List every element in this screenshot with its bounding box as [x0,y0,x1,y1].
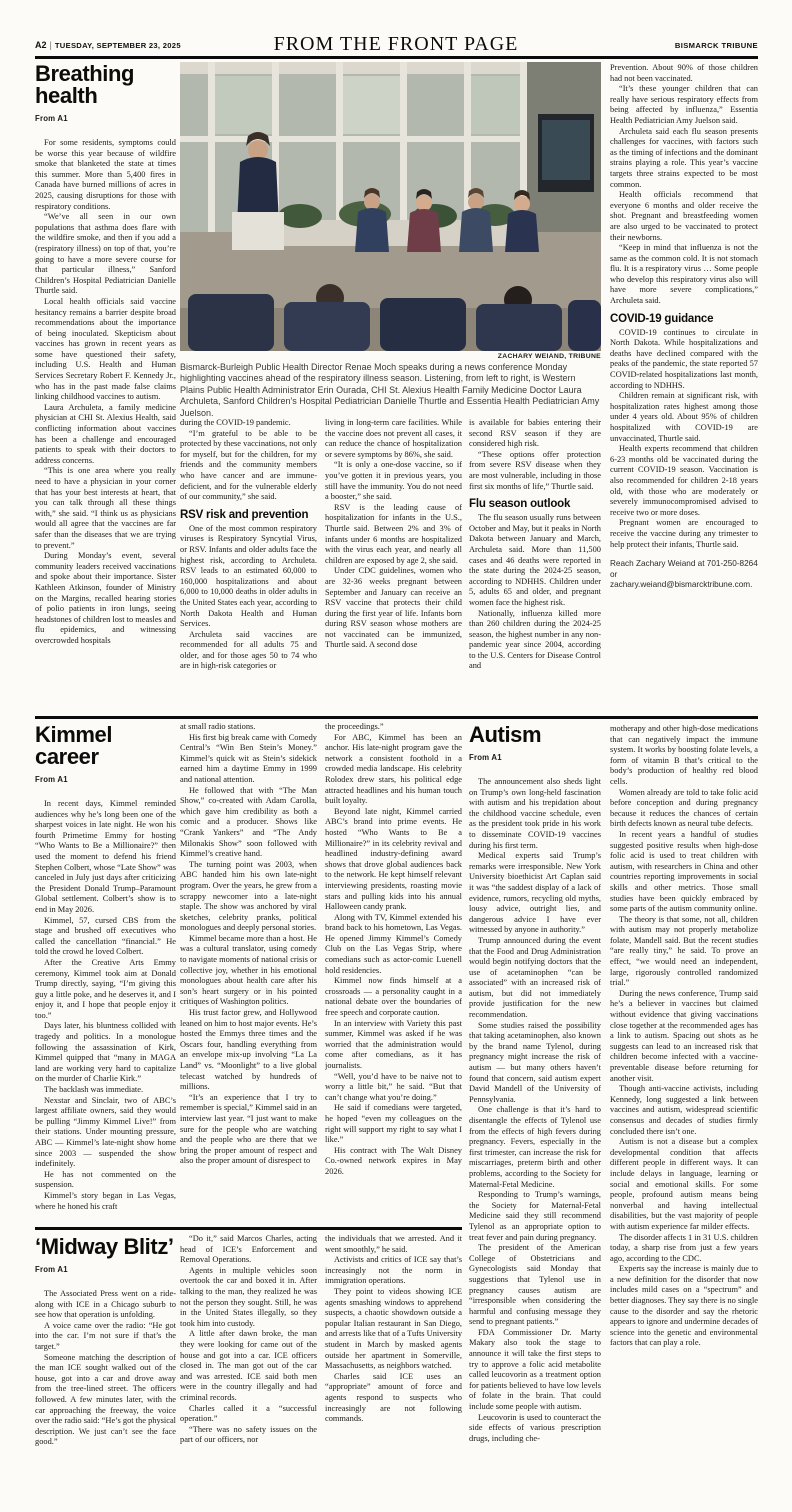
article-paragraph: In recent years a handful of studies sug… [610,830,758,915]
article-paragraph: The turning point was 2003, when ABC han… [180,860,317,934]
article-kimmel-col3: the proceedings.”For ABC, Kimmel has bee… [325,722,462,1224]
article-paragraph: A voice came over the radio: “He got int… [35,1321,176,1353]
article-text: For some residents, symptoms could be wo… [35,138,176,647]
article-paragraph: Under CDC guidelines, women who are 32-3… [325,566,462,651]
article-paragraph: Prevention. About 90% of those children … [610,63,758,84]
article-paragraph: “Keep in mind that influenza is not the … [610,243,758,307]
article-paragraph: “There was no safety issues on the part … [180,1425,317,1446]
article-paragraph: “Do it,” said Marcos Charles, acting hea… [180,1234,317,1266]
article-paragraph: After the Creative Arts Emmy ceremony, K… [35,958,176,1022]
page-number: A2 [35,40,47,50]
article-paragraph: Leucovorin is used to counteract the sid… [469,1413,601,1445]
article-paragraph: Children remain at significant risk, wit… [610,391,758,444]
article-paragraph: living in long-term care facilities. Whi… [325,418,462,460]
article-paragraph: Women already are told to take folic aci… [610,788,758,830]
from-a1-tag: From A1 [469,753,601,762]
article-paragraph: For ABC, Kimmel has been an anchor. His … [325,733,462,807]
article-paragraph: is available for babies entering their s… [469,418,601,450]
newspaper-page: A2|TUESDAY, SEPTEMBER 23, 2025 FROM THE … [0,0,792,1512]
article-paragraph: the proceedings.” [325,722,462,733]
from-a1-tag: From A1 [35,1265,176,1274]
article-paragraph: at small radio stations. [180,722,317,733]
article-kimmel-col2: at small radio stations.His first big br… [180,722,317,1224]
article-paragraph: They point to videos showing ICE agents … [325,1287,462,1372]
folio-divider: | [47,40,55,50]
article-text: is available for babies entering their s… [469,418,601,672]
article-breathing-health-col1: Breathing health From A1 For some reside… [35,63,176,715]
article-autism-col2: motherapy and other high-dose medication… [610,724,758,1510]
article-paragraph: COVID-19 continues to circulate in North… [610,328,758,392]
article-headline: Kimmel career [35,724,176,768]
article-paragraph: Someone matching the description of the … [35,1353,176,1448]
article-midway-col1: ‘Midway Blitz’ From A1 The Associated Pr… [35,1236,176,1512]
article-paragraph: His contract with The Walt Disney Co.-ow… [325,1146,462,1178]
news-conference-photo [180,62,601,351]
article-paragraph: Pregnant women are encouraged to receive… [610,518,758,550]
article-text: the proceedings.”For ABC, Kimmel has bee… [325,722,462,1178]
article-paragraph: Local health officials said vaccine hesi… [35,297,176,403]
article-text: The Associated Press went on a ride-alon… [35,1289,176,1448]
article-breathing-health-col3: living in long-term care facilities. Whi… [325,418,462,714]
from-a1-tag: From A1 [35,775,176,784]
article-paragraph: Kimmel’s story began in Las Vegas, where… [35,1191,176,1212]
article-paragraph: Health officials recommend that everyone… [610,190,758,243]
section-divider-rule [35,716,758,719]
article-text: living in long-term care facilities. Whi… [325,418,462,651]
photo-credit: ZACHARY WEIAND, TRIBUNE [180,353,601,361]
article-paragraph: Laura Archuleta, a family medicine physi… [35,403,176,467]
article-paragraph: Some studies raised the possibility that… [469,1021,601,1106]
section-banner: FROM THE FRONT PAGE [274,33,519,55]
article-text: In recent days, Kimmel reminded audience… [35,799,176,1212]
header-rule [35,56,758,59]
article-headline: Autism [469,724,601,746]
article-paragraph: FDA Commissioner Dr. Marty Makary also t… [469,1328,601,1413]
article-paragraph: “These options offer protection from sev… [469,450,601,492]
reporter-tagline: Reach Zachary Weiand at 701-250-8264 or … [610,559,758,590]
article-headline: Breathing health [35,63,176,107]
article-paragraph: Kimmel became more than a host. He was a… [180,934,317,1008]
article-paragraph: motherapy and other high-dose medication… [610,724,758,788]
article-paragraph: Charles said ICE uses an “appropriate” a… [325,1372,462,1425]
article-text: Prevention. About 90% of those children … [610,63,758,590]
page-folio: A2|TUESDAY, SEPTEMBER 23, 2025 [35,40,181,51]
article-paragraph: Charles called it a “successful operatio… [180,1404,317,1425]
article-paragraph: One of the most common respiratory virus… [180,524,317,630]
article-autism-col1: Autism From A1 The announcement also she… [469,724,601,1510]
midway-divider-rule [35,1227,462,1230]
article-paragraph: In an interview with Variety this past s… [325,1019,462,1072]
photo-illustration [180,62,601,351]
article-text: The announcement also sheds light on Tru… [469,777,601,1444]
article-paragraph: Kimmel now finds himself at a crossroads… [325,976,462,1018]
from-a1-tag: From A1 [35,114,176,123]
article-paragraph: Nationally, influenza killed more than 2… [469,609,601,673]
page-date: TUESDAY, SEPTEMBER 23, 2025 [55,41,181,50]
article-text: the individuals that we arrested. And it… [325,1234,462,1425]
article-paragraph: Responding to Trump’s warnings, the Soci… [469,1190,601,1243]
article-paragraph: Autism is not a disease but a complex de… [610,1137,758,1232]
article-paragraph: “This is one area where you really need … [35,466,176,551]
article-paragraph: The president of the American College of… [469,1243,601,1328]
article-paragraph: “It is only a one-dose vaccine, so if yo… [325,460,462,502]
article-paragraph: Medical experts said Trump’s remarks wer… [469,851,601,936]
article-midway-col2: “Do it,” said Marcos Charles, acting hea… [180,1234,317,1512]
article-paragraph: One challenge is that it’s hard to disen… [469,1105,601,1190]
article-paragraph: during the COVID-19 pandemic. [180,418,317,429]
article-text: “Do it,” said Marcos Charles, acting hea… [180,1234,317,1446]
article-text: at small radio stations.His first big br… [180,722,317,1167]
article-paragraph: Health experts recommend that children 6… [610,444,758,518]
article-paragraph: “It’s an experience that I try to rememb… [180,1093,317,1167]
photo-caption: Bismarck-Burleigh Public Health Director… [180,362,601,419]
article-paragraph: He followed that with “The Man Show,” co… [180,786,317,860]
article-text: during the COVID-19 pandemic.“I’m gratef… [180,418,317,672]
article-paragraph: The Associated Press went on a ride-alon… [35,1289,176,1321]
article-paragraph: His first big break came with Comedy Cen… [180,733,317,786]
article-midway-col3: the individuals that we arrested. And it… [325,1234,462,1512]
article-paragraph: Archuleta said vaccines are recommended … [180,630,317,672]
article-paragraph: The backlash was immediate. [35,1085,176,1096]
publication-name: BISMARCK TRIBUNE [675,41,758,51]
article-paragraph: RSV is the leading cause of hospitalizat… [325,503,462,567]
article-paragraph: In recent days, Kimmel reminded audience… [35,799,176,916]
article-paragraph: During Monday’s event, several community… [35,551,176,646]
article-paragraph: The disorder affects 1 in 31 U.S. childr… [610,1233,758,1265]
article-headline: ‘Midway Blitz’ [35,1236,176,1258]
article-paragraph: Trump announced during the event that th… [469,936,601,1021]
article-paragraph: Though anti-vaccine activists, including… [610,1084,758,1137]
article-paragraph: He said if comedians were targeted, he h… [325,1103,462,1145]
article-paragraph: “It’s these younger children that can re… [610,84,758,126]
section-subhead: COVID-19 guidance [610,313,758,326]
article-paragraph: Beyond late night, Kimmel carried ABC’s … [325,807,462,913]
article-text: motherapy and other high-dose medication… [610,724,758,1349]
article-paragraph: Experts say the increase is mainly due t… [610,1264,758,1349]
article-paragraph: Activists and critics of ICE say that’s … [325,1255,462,1287]
article-paragraph: Nexstar and Sinclair, two of ABC’s large… [35,1096,176,1170]
article-kimmel-col1: Kimmel career From A1 In recent days, Ki… [35,724,176,1224]
article-paragraph: “Well, you’d have to be naive not to wor… [325,1072,462,1104]
article-paragraph: The theory is that some, not all, childr… [610,915,758,989]
article-paragraph: Agents in multiple vehicles soon overtoo… [180,1266,317,1330]
section-subhead: Flu season outlook [469,498,601,511]
article-paragraph: A little after dawn broke, the man they … [180,1329,317,1403]
article-breathing-health-col2: during the COVID-19 pandemic.“I’m gratef… [180,418,317,714]
article-paragraph: His trust factor grew, and Hollywood lea… [180,1008,317,1093]
article-breathing-health-col5: Prevention. About 90% of those children … [610,63,758,715]
article-paragraph: He has not commented on the suspension. [35,1170,176,1191]
article-paragraph: For some residents, symptoms could be wo… [35,138,176,212]
article-paragraph: The announcement also sheds light on Tru… [469,777,601,851]
article-paragraph: Kimmel, 57, cursed CBS from the stage an… [35,916,176,958]
article-breathing-health-col4: is available for babies entering their s… [469,418,601,714]
article-paragraph: During the news conference, Trump said h… [610,989,758,1084]
article-paragraph: Days later, his bluntness collided with … [35,1021,176,1085]
section-subhead: RSV risk and prevention [180,509,317,522]
article-paragraph: The flu season usually runs between Octo… [469,513,601,608]
article-paragraph: Along with TV, Kimmel extended his brand… [325,913,462,977]
article-paragraph: the individuals that we arrested. And it… [325,1234,462,1255]
article-paragraph: Archuleta said each flu season presents … [610,127,758,191]
article-paragraph: “I’m grateful to be able to be protected… [180,429,317,503]
article-paragraph: “We’ve all seen in our own populations t… [35,212,176,297]
